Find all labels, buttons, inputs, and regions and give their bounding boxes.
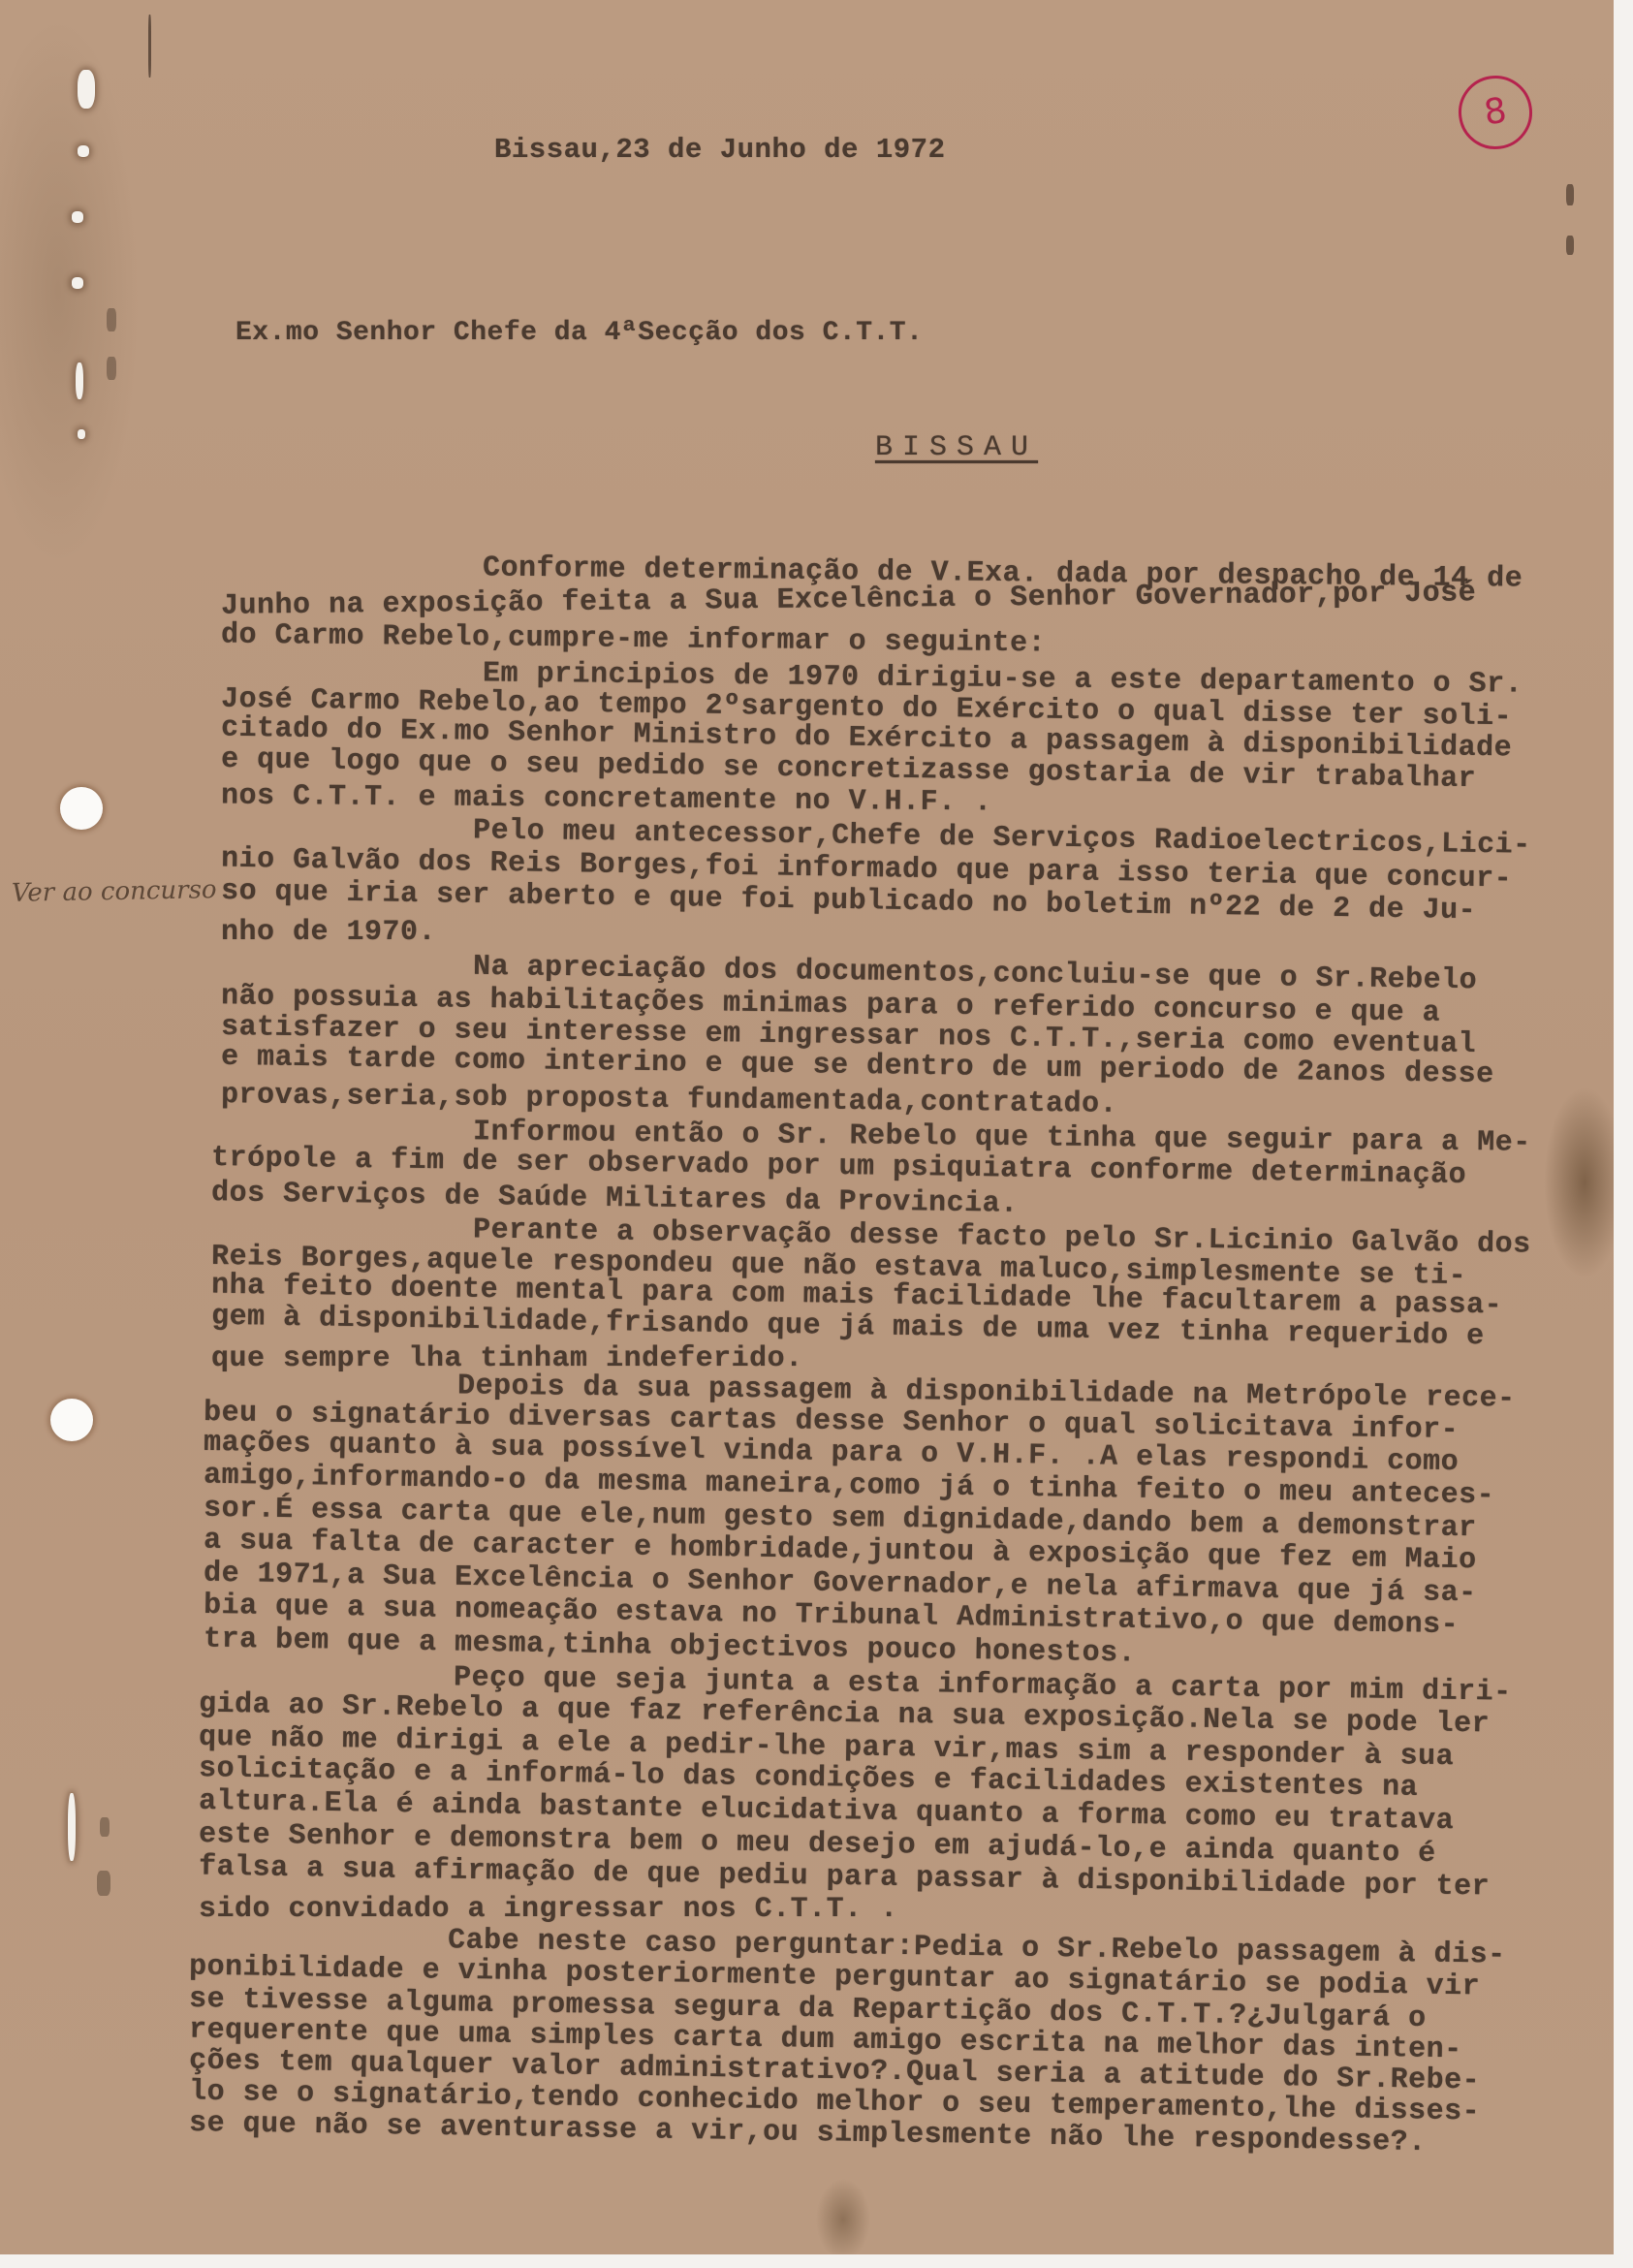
body-line: nos C.T.T. e mais concretamente no V.H.F…: [221, 780, 992, 820]
punch-dot: [78, 145, 89, 157]
punch-hole-lower: [50, 1399, 93, 1441]
staple-hole-top: [78, 70, 95, 109]
ink-mark: [148, 15, 151, 78]
ink-mark: [107, 357, 116, 380]
ink-mark: [1566, 236, 1574, 255]
body-line: sido convidado a ingressar nos C.T.T. .: [199, 1893, 898, 1926]
body-line: do Carmo Rebelo,cumpre-me informar o seg…: [221, 619, 1046, 661]
staple-hole-mid: [76, 362, 83, 399]
staple-hole-bottom: [68, 1793, 76, 1861]
city-heading: BISSAU: [875, 431, 1038, 464]
ink-mark: [107, 308, 116, 331]
document-page: 8 Bissau,23 de Junho de 1972 Ex.mo Senho…: [0, 0, 1614, 2254]
ink-mark: [97, 1871, 110, 1896]
body-line: nho de 1970.: [221, 916, 436, 949]
handwritten-margin-note: Ver ao concurso: [12, 875, 217, 908]
date-line: Bissau,23 de Junho de 1972: [494, 134, 945, 166]
body-line: Junho na exposição feita a Sua Excelênci…: [221, 577, 1477, 623]
body-line: provas,seria,sob proposta fundamentada,c…: [221, 1079, 1117, 1121]
addressee: Ex.mo Senhor Chefe da 4ªSecção dos C.T.T…: [236, 318, 923, 348]
punch-dot: [78, 429, 85, 439]
punch-hole-upper: [60, 787, 103, 830]
page-number-stamp: 8: [1454, 71, 1537, 154]
punch-dot: [72, 277, 83, 289]
ink-mark: [1566, 184, 1574, 205]
ink-mark: [100, 1817, 110, 1837]
punch-dot: [72, 211, 83, 223]
